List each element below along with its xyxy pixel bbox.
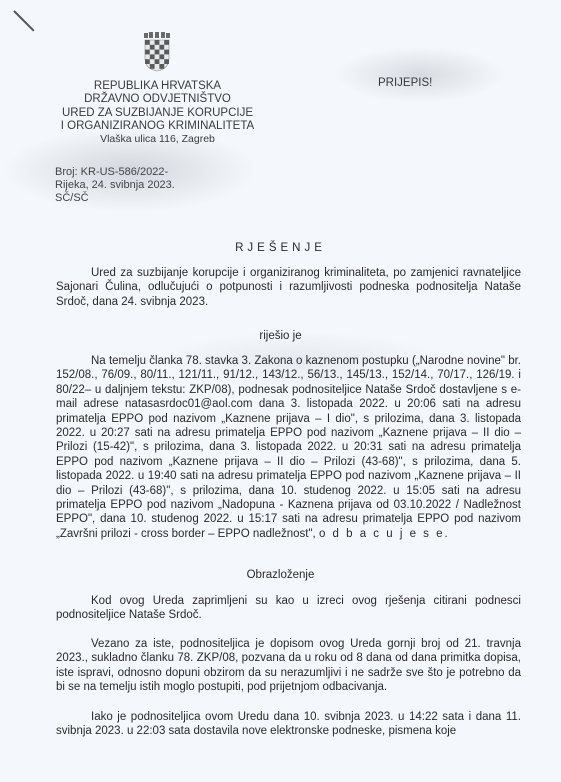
place-date: Rijeka, 24. svibnja 2023. bbox=[55, 179, 175, 192]
header-line: URED ZA SUZBIJANJE KORUPCIJE bbox=[55, 107, 260, 120]
pen-mark bbox=[13, 10, 34, 31]
case-number: Broj: KR-US-586/2022- bbox=[55, 166, 175, 179]
header-line: I ORGANIZIRANOG KRIMINALITETA bbox=[55, 120, 260, 133]
header-line: DRŽAVNO ODVJETNIŠTVO bbox=[55, 93, 260, 106]
reasoning-paragraph: Vezano za iste, podnositeljica je dopiso… bbox=[56, 637, 521, 695]
reasoning-paragraph: Iako je podnositeljica ovom Uredu dana 1… bbox=[56, 710, 521, 739]
ruling-verdict: o d b a c u j e s e. bbox=[319, 528, 450, 540]
coat-of-arms-icon bbox=[142, 32, 172, 72]
header-line: REPUBLIKA HRVATSKA bbox=[55, 80, 260, 93]
ruling-text: Na temelju članka 78. stavka 3. Zakona o… bbox=[56, 355, 521, 540]
initials: SČ/SČ bbox=[55, 192, 175, 205]
intro-paragraph: Ured za suzbijanje korupcije i organizir… bbox=[56, 266, 521, 309]
document-title: RJEŠENJE bbox=[0, 242, 561, 254]
reasoning-heading: Obrazloženje bbox=[0, 569, 561, 581]
document-meta: Broj: KR-US-586/2022- Rijeka, 24. svibnj… bbox=[55, 166, 175, 205]
document-page: REPUBLIKA HRVATSKA DRŽAVNO ODVJETNIŠTVO … bbox=[0, 0, 561, 782]
ruling-paragraph: Na temelju članka 78. stavka 3. Zakona o… bbox=[56, 354, 521, 541]
institution-header: REPUBLIKA HRVATSKA DRŽAVNO ODVJETNIŠTVO … bbox=[55, 80, 260, 146]
copy-stamp: PRIJEPIS! bbox=[378, 77, 432, 89]
resolved-heading: riješio je bbox=[0, 330, 561, 342]
reasoning-paragraph: Kod ovog Ureda zaprimljeni su kao u izre… bbox=[56, 594, 521, 623]
header-address: Vlaška ulica 116, Zagreb bbox=[55, 133, 260, 146]
